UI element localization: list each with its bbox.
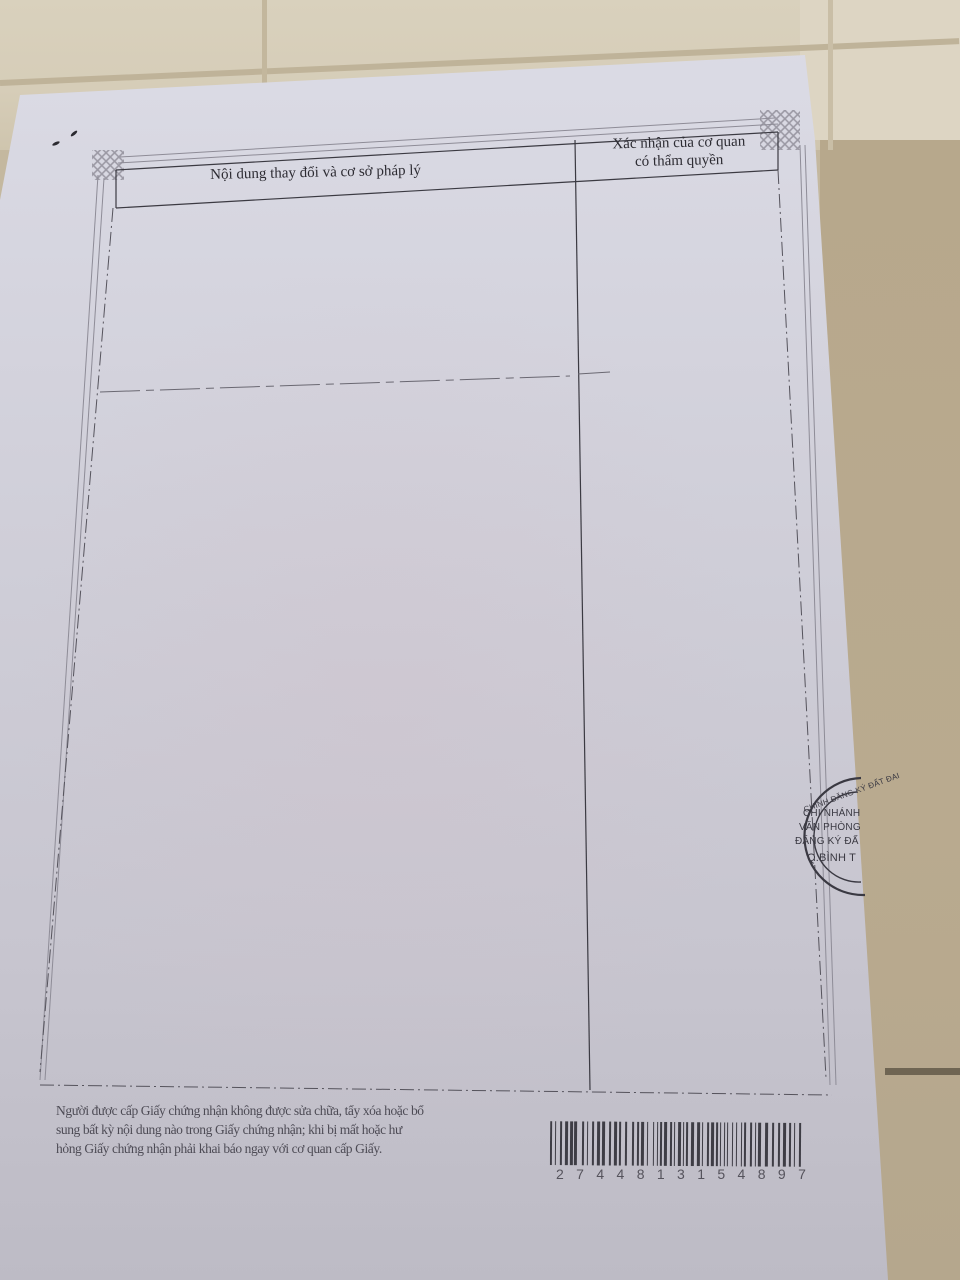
- barcode-digit: 4: [738, 1166, 746, 1182]
- barcode-number: 2744813154897: [556, 1166, 806, 1182]
- stamp-line: CHI NHÁNH: [803, 808, 860, 819]
- barcode-digit: 1: [657, 1166, 665, 1182]
- barcode-digit: 8: [637, 1166, 645, 1182]
- barcode-digit: 2: [556, 1166, 564, 1182]
- footer-notice: Người được cấp Giấy chứng nhận không đượ…: [56, 1101, 526, 1158]
- stamp-line: VĂN PHÒNG: [799, 822, 861, 833]
- barcode-digit: 7: [798, 1166, 806, 1182]
- corner-ornament: [92, 150, 124, 180]
- column-header-confirmation: Xác nhận của cơ quan có thẩm quyền: [584, 132, 775, 172]
- barcode-digit: 3: [677, 1166, 685, 1182]
- barcode-digit: 7: [576, 1166, 584, 1182]
- stamp-line: ĐĂNG KÝ ĐẤ: [795, 836, 859, 847]
- barcode-digit: 4: [617, 1166, 625, 1182]
- official-stamp: CHÍNH ĐĂNG KÝ ĐẤT ĐAI CHI NHÁNH VĂN PHÒN…: [773, 770, 893, 900]
- table-frame: [0, 0, 960, 1280]
- footer-notice-line: Người được cấp Giấy chứng nhận không đượ…: [56, 1101, 526, 1120]
- barcode-digit: 8: [758, 1166, 766, 1182]
- footer-notice-line: sung bất kỳ nội dung nào trong Giấy chứn…: [56, 1120, 526, 1139]
- barcode-digit: 4: [596, 1166, 604, 1182]
- barcode-digit: 1: [697, 1166, 705, 1182]
- barcode: [550, 1121, 805, 1167]
- document-content: Nội dung thay đổi và cơ sở pháp lý Xác n…: [0, 0, 960, 1280]
- stamp-line: Q.BÌNH T: [807, 852, 856, 864]
- footer-notice-line: hỏng Giấy chứng nhận phải khai báo ngay …: [56, 1139, 526, 1158]
- barcode-digit: 9: [778, 1166, 786, 1182]
- barcode-digit: 5: [717, 1166, 725, 1182]
